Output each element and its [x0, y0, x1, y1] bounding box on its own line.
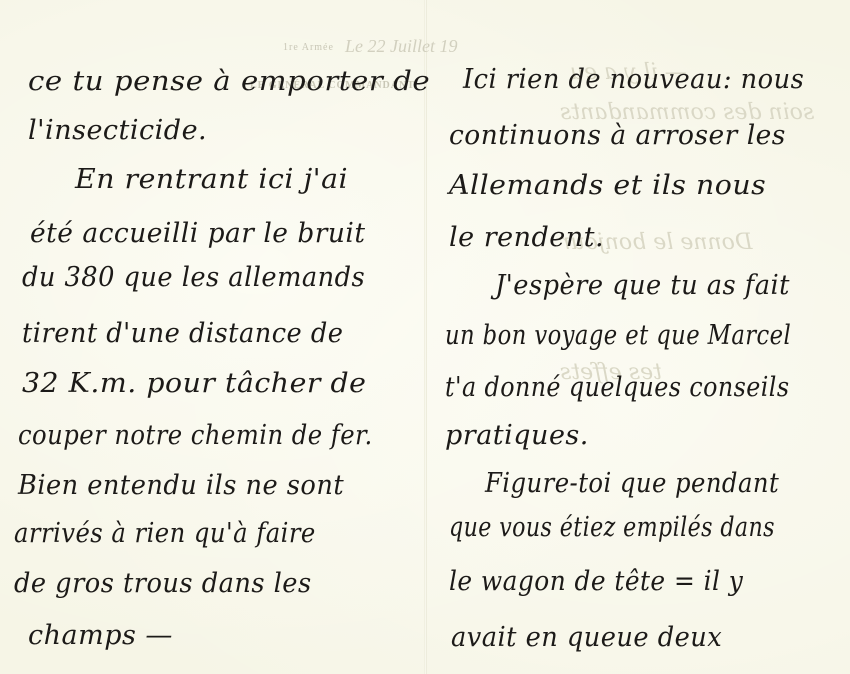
handwritten-line: Figure-toi que pendant [485, 468, 779, 499]
right-page: Ici rien de nouveau: nous continuons à a… [427, 0, 850, 674]
handwritten-line: t'a donné quelques conseils [445, 372, 789, 403]
handwritten-line: ce tu pense à emporter de [28, 66, 430, 97]
handwritten-line: J'espère que tu as fait [495, 270, 790, 301]
handwritten-line: continuons à arroser les [449, 120, 786, 151]
handwritten-line: Allemands et ils nous [449, 170, 766, 201]
handwritten-line: le rendent. [449, 222, 604, 253]
handwritten-line: avait en queue deux [451, 622, 722, 653]
handwritten-line: 32 K.m. pour tâcher de [22, 368, 366, 399]
handwritten-line: Ici rien de nouveau: nous [463, 64, 804, 95]
handwritten-line: couper notre chemin de fer. [18, 420, 373, 451]
handwritten-line: arrivés à rien qu'à faire [14, 518, 316, 549]
handwritten-line: pratiques. [445, 420, 589, 451]
handwritten-line: le wagon de tête = il y [449, 566, 743, 597]
handwritten-line: En rentrant ici j'ai [75, 164, 348, 195]
handwritten-line: de gros trous dans les [14, 568, 312, 599]
left-page: ce tu pense à emporter de l'insecticide.… [0, 0, 424, 674]
handwritten-line: Bien entendu ils ne sont [18, 470, 344, 501]
handwritten-line: été accueilli par le bruit [30, 218, 366, 249]
handwritten-line: du 380 que les allemands [22, 262, 365, 293]
handwritten-line: tirent d'une distance de [22, 318, 343, 349]
handwritten-line: que vous étiez empilés dans [449, 512, 775, 543]
handwritten-line: un bon voyage et que Marcel [445, 320, 791, 351]
letter-scan: 1re Armée LE GÉNÉRAL COMMANDANT Le 22 Ju… [0, 0, 850, 674]
handwritten-line: l'insecticide. [28, 115, 207, 146]
handwritten-line: champs — [28, 620, 173, 651]
